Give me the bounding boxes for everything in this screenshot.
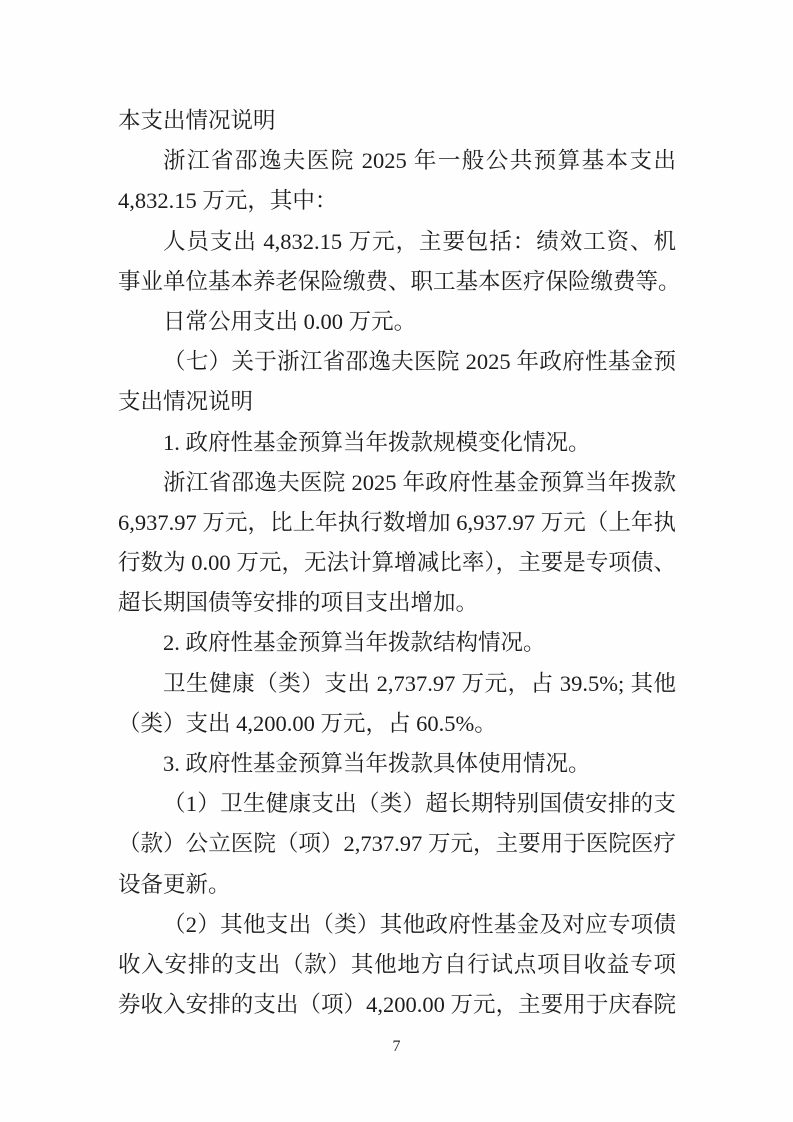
text-line: （1）卫生健康支出（类）超长期特别国债安排的支出	[118, 784, 676, 824]
text-line: 4,832.15 万元，其中：	[118, 181, 676, 221]
text-line: 1. 政府性基金预算当年拨款规模变化情况。	[118, 423, 676, 463]
text-line: 浙江省邵逸夫医院 2025 年一般公共预算基本支出	[118, 141, 676, 181]
text-line: 支出情况说明	[118, 382, 676, 422]
text-line: 2. 政府性基金预算当年拨款结构情况。	[118, 623, 676, 663]
text-line: 日常公用支出 0.00 万元。	[118, 302, 676, 342]
text-line: （类）支出 4,200.00 万元，占 60.5%。	[118, 704, 676, 744]
text-line: 行数为 0.00 万元，无法计算增减比率），主要是专项债、	[118, 543, 676, 583]
text-line: 设备更新。	[118, 865, 676, 905]
text-line: 浙江省邵逸夫医院 2025 年政府性基金预算当年拨款	[118, 463, 676, 503]
text-line: 6,937.97 万元，比上年执行数增加 6,937.97 万元（上年执	[118, 503, 676, 543]
document-page: 本支出情况说明浙江省邵逸夫医院 2025 年一般公共预算基本支出4,832.15…	[0, 0, 793, 1122]
text-line: 收入安排的支出（款）其他地方自行试点项目收益专项债	[118, 945, 676, 985]
document-body: 本支出情况说明浙江省邵逸夫医院 2025 年一般公共预算基本支出4,832.15…	[118, 101, 676, 1025]
text-line: 券收入安排的支出（项）4,200.00 万元，主要用于庆春院	[118, 985, 676, 1025]
text-line: 3. 政府性基金预算当年拨款具体使用情况。	[118, 744, 676, 784]
text-line: （款）公立医院（项）2,737.97 万元，主要用于医院医疗	[118, 824, 676, 864]
text-line: 超长期国债等安排的项目支出增加。	[118, 583, 676, 623]
text-line: （2）其他支出（类）其他政府性基金及对应专项债务	[118, 905, 676, 945]
text-line: （七）关于浙江省邵逸夫医院 2025 年政府性基金预算	[118, 342, 676, 382]
text-line: 本支出情况说明	[118, 101, 676, 141]
text-line: 事业单位基本养老保险缴费、职工基本医疗保险缴费等。	[118, 262, 676, 302]
page-number: 7	[0, 1038, 793, 1056]
text-line: 卫生健康（类）支出 2,737.97 万元，占 39.5%; 其他	[118, 664, 676, 704]
text-line: 人员支出 4,832.15 万元，主要包括：绩效工资、机关	[118, 222, 676, 262]
